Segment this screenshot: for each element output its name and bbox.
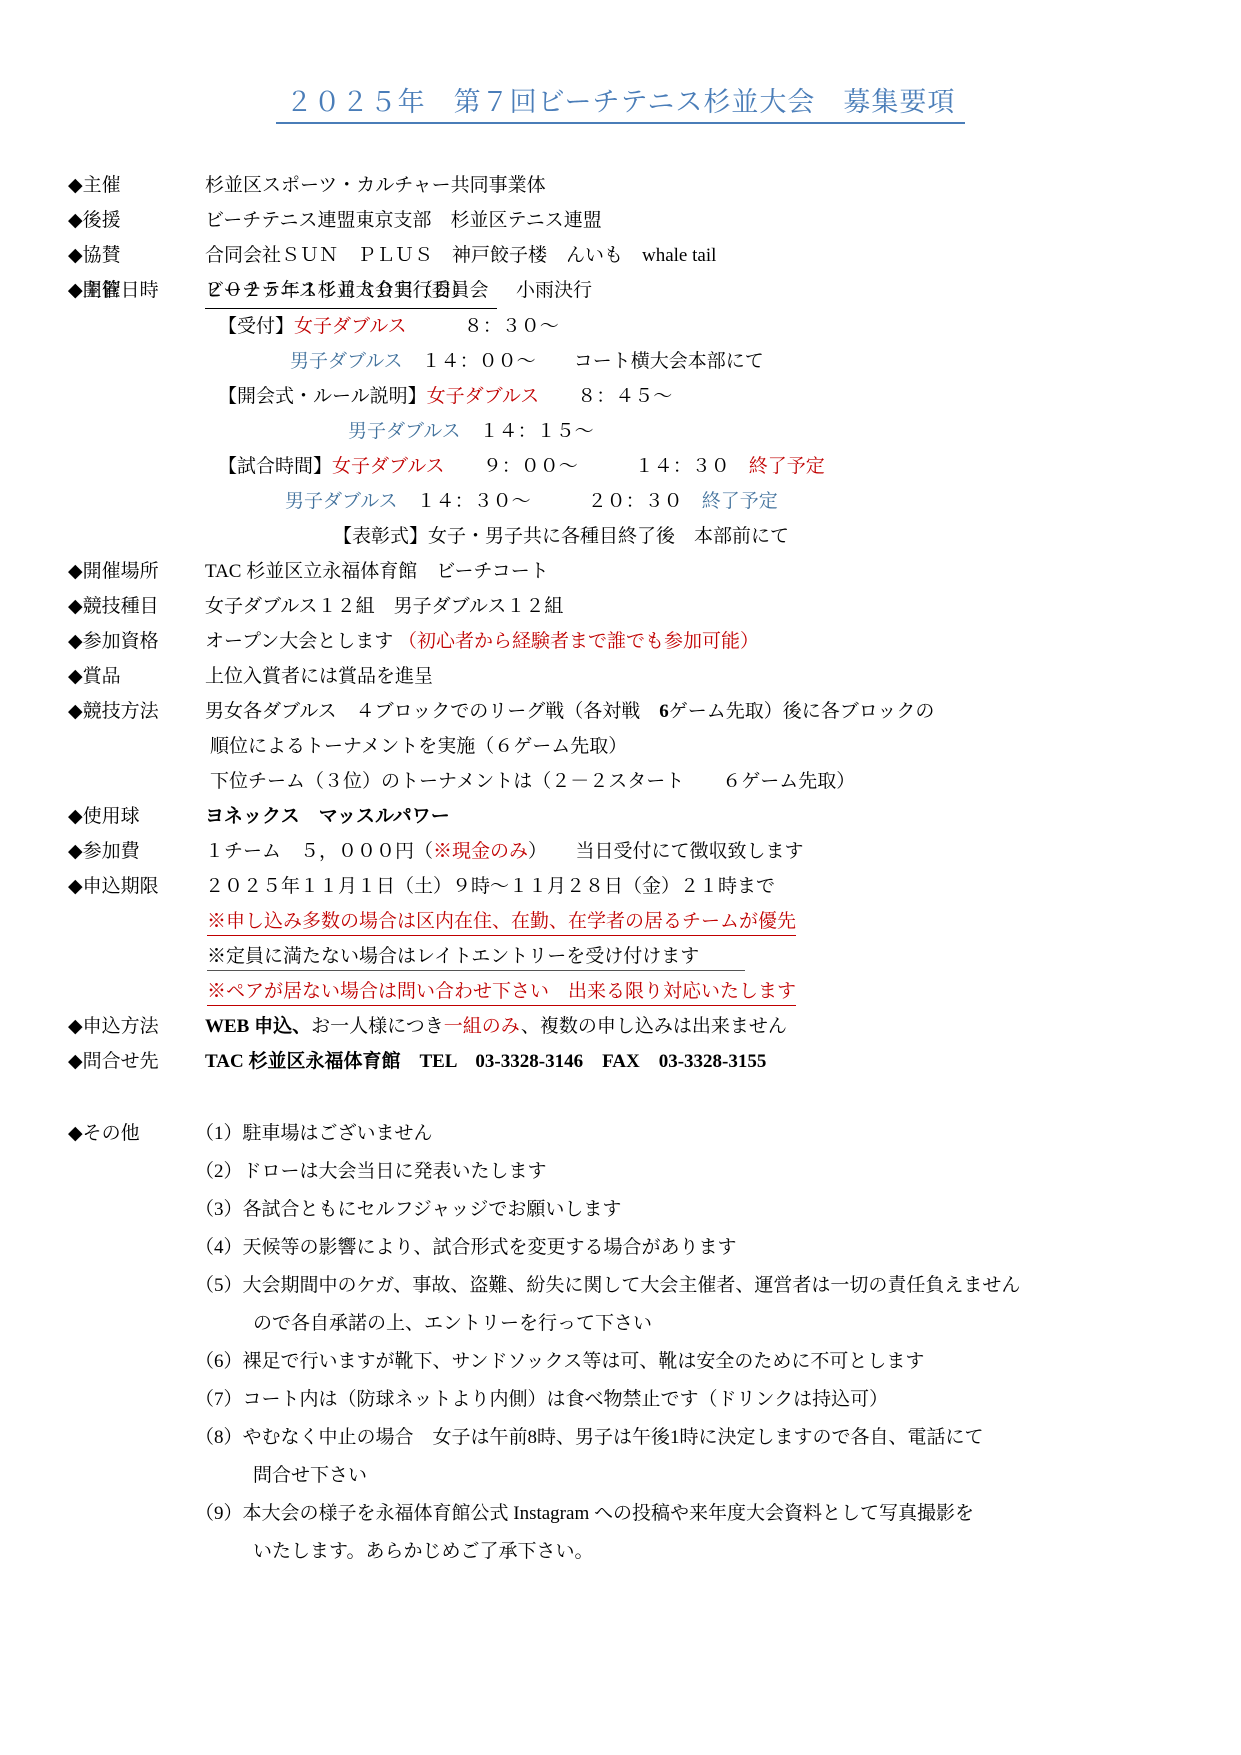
field-value-fee: １チーム ５，０００円（※現金のみ） 当日受付にて徴収致します	[205, 834, 1241, 869]
awards-text: 女子・男子共に各種目終了後 本部前にて	[428, 526, 789, 547]
field-label-apply: ◆申込方法	[68, 1009, 205, 1044]
schedule-opening-men: 男子ダブルス １４：１５～	[348, 414, 1241, 449]
deadline-note2-text: ※定員に満たない場合はレイトエントリーを受け付けます	[207, 944, 745, 971]
field-label-fee: ◆参加費	[68, 834, 205, 869]
match-men-label: 男子ダブルス	[285, 491, 398, 512]
field-label-support: ◆後援	[68, 203, 205, 238]
row-eligibility: ◆参加資格 オープン大会とします （初心者から経験者まで誰でも参加可能）	[68, 624, 1241, 659]
awards-bracket: 【表彰式】	[333, 526, 428, 547]
apply-limit: 一組のみ	[444, 1016, 521, 1037]
eligibility-note: （初心者から経験者まで誰でも参加可能）	[398, 631, 759, 652]
row-ball: ◆使用球 ヨネックス マッスルパワー	[68, 799, 1241, 834]
row-contact: ◆問合せ先 TAC 杉並区永福体育館 TEL 03-3328-3146 FAX …	[68, 1044, 1241, 1079]
format-line2: 順位によるトーナメントを実施（６ゲーム先取）	[210, 729, 1241, 764]
field-value-management-text: ビーチテニス杉並大会実行委員会	[205, 273, 488, 308]
title-area: ２０２５年 第７回ビーチテニス杉並大会 募集要項	[0, 0, 1241, 124]
row-prize: ◆賞品 上位入賞者には賞品を進呈	[68, 659, 1241, 694]
reception-women-label: 女子ダブルス	[294, 316, 407, 337]
field-label-prize: ◆賞品	[68, 659, 205, 694]
format-games-count: 6	[659, 701, 669, 722]
deadline-note3-text: ※ペアが居ない場合は問い合わせ下さい 出来る限り対応いたします	[207, 979, 796, 1006]
apply-mid: お一人様につき	[311, 1016, 444, 1037]
deadline-note-late-entry: ※定員に満たない場合はレイトエントリーを受け付けます	[207, 939, 1241, 974]
row-sponsor: ◆協賛 合同会社ＳＵＮ ＰＬＵＳ 神戸餃子楼 んいも whale tail	[68, 238, 1241, 273]
opening-men-label: 男子ダブルス	[348, 421, 461, 442]
reception-place: コート横大会本部にて	[574, 351, 764, 372]
field-label-deadline: ◆申込期限	[68, 869, 205, 904]
field-value-contact: TAC 杉並区永福体育館 TEL 03-3328-3146 FAX 03-332…	[205, 1044, 1241, 1079]
field-value-venue: TAC 杉並区立永福体育館 ビーチコート	[205, 554, 1241, 589]
document-page: ２０２５年 第７回ビーチテニス杉並大会 募集要項 ◆主催 杉並区スポーツ・カルチ…	[0, 0, 1241, 1755]
document-body: ◆主催 杉並区スポーツ・カルチャー共同事業体 ◆後援 ビーチテニス連盟東京支部 …	[68, 168, 1241, 1571]
other-item-9-cont: いたします。あらかじめご了承下さい。	[253, 1533, 1241, 1571]
field-value-deadline: ２０２５年１１月１日（土）９時～１１月２８日（金）２１時まで	[205, 869, 1241, 904]
reception-men-time: １４：００～	[403, 351, 574, 372]
row-events: ◆競技種目 女子ダブルス１２組 男子ダブルス１２組	[68, 589, 1241, 624]
document-title: ２０２５年 第７回ビーチテニス杉並大会 募集要項	[276, 80, 966, 124]
other-item-2: （2）ドローは大会当日に発表いたします	[195, 1153, 1241, 1191]
section-other: ◆その他 （1）駐車場はございません （2）ドローは大会当日に発表いたします （…	[68, 1115, 1241, 1571]
schedule-awards: 【表彰式】女子・男子共に各種目終了後 本部前にて	[333, 519, 1241, 554]
deadline-note1-text: ※申し込み多数の場合は区内在住、在勤、在学者の居るチームが優先	[207, 909, 796, 936]
match-men-end: 終了予定	[702, 491, 778, 512]
fee-cash-note: ※現金のみ	[433, 841, 528, 862]
weather-note: 小雨決行	[497, 280, 592, 301]
row-apply: ◆申込方法 WEB 申込、お一人様につき一組のみ、複数の申し込みは出来ません	[68, 1009, 1241, 1044]
opening-women-time: ８：４５～	[539, 386, 672, 407]
field-label-format: ◆競技方法	[68, 694, 205, 729]
schedule-opening-women: 【開会式・ルール説明】女子ダブルス ８：４５～	[218, 379, 1241, 414]
opening-bracket: 【開会式・ルール説明】	[218, 386, 427, 407]
field-value-eligibility: オープン大会とします （初心者から経験者まで誰でも参加可能）	[205, 624, 1241, 659]
other-item-1: （1）駐車場はございません	[195, 1115, 1241, 1153]
other-item-5: （5）大会期間中のケガ、事故、盗難、紛失に関して大会主催者、運営者は一切の責任負…	[195, 1267, 1241, 1305]
row-support: ◆後援 ビーチテニス連盟東京支部 杉並区テニス連盟	[68, 203, 1241, 238]
match-women-time: ９：００～ １４：３０	[445, 456, 749, 477]
reception-men-label: 男子ダブルス	[290, 351, 403, 372]
other-item-7: （7）コート内は（防球ネットより内側）は食べ物禁止です（ドリンクは持込可）	[195, 1381, 1241, 1419]
field-value-organizer: 杉並区スポーツ・カルチャー共同事業体	[205, 168, 1241, 203]
schedule-reception-men: 男子ダブルス １４：００～ コート横大会本部にて	[290, 344, 1241, 379]
other-items: （1）駐車場はございません （2）ドローは大会当日に発表いたします （3）各試合…	[195, 1115, 1241, 1571]
field-label-ball: ◆使用球	[68, 799, 205, 834]
apply-web: WEB 申込、	[205, 1016, 311, 1037]
eligibility-text: オープン大会とします	[205, 631, 398, 652]
other-item-3: （3）各試合ともにセルフジャッジでお願いします	[195, 1191, 1241, 1229]
field-label-events: ◆競技種目	[68, 589, 205, 624]
other-item-8: （8）やむなく中止の場合 女子は午前8時、男子は午後1時に決定しますので各自、電…	[195, 1419, 1241, 1457]
schedule-match-men: 男子ダブルス １４：３０～ ２０：３０ 終了予定	[285, 484, 1241, 519]
field-value-events: 女子ダブルス１２組 男子ダブルス１２組	[205, 589, 1241, 624]
match-bracket: 【試合時間】	[218, 456, 332, 477]
field-value-support: ビーチテニス連盟東京支部 杉並区テニス連盟	[205, 203, 1241, 238]
opening-women-label: 女子ダブルス	[427, 386, 540, 407]
row-fee: ◆参加費 １チーム ５，０００円（※現金のみ） 当日受付にて徴収致します	[68, 834, 1241, 869]
row-deadline: ◆申込期限 ２０２５年１１月１日（土）９時～１１月２８日（金）２１時まで	[68, 869, 1241, 904]
other-item-8-cont: 問合せ下さい	[253, 1457, 1241, 1495]
field-value-ball: ヨネックス マッスルパワー	[205, 799, 1241, 834]
match-men-time: １４：３０～ ２０：３０	[398, 491, 702, 512]
field-value-format: 男女各ダブルス ４ブロックでのリーグ戦（各対戦 6ゲーム先取）後に各ブロックの	[205, 694, 1241, 729]
reception-women-time: ８：３０～	[407, 316, 559, 337]
field-label-other: ◆その他	[68, 1115, 195, 1571]
deadline-note-priority: ※申し込み多数の場合は区内在住、在勤、在学者の居るチームが優先	[207, 904, 1241, 939]
other-item-5-cont: ので各自承諾の上、エントリーを行って下さい	[253, 1305, 1241, 1343]
field-label-organizer: ◆主催	[68, 168, 205, 203]
row-venue: ◆開催場所 TAC 杉並区立永福体育館 ビーチコート	[68, 554, 1241, 589]
format-line1-pre: 男女各ダブルス ４ブロックでのリーグ戦（各対戦	[205, 701, 659, 722]
schedule-match-women: 【試合時間】女子ダブルス ９：００～ １４：３０ 終了予定	[218, 449, 1241, 484]
other-item-6: （6）裸足で行いますが靴下、サンドソックス等は可、靴は安全のために不可とします	[195, 1343, 1241, 1381]
opening-men-time: １４：１５～	[461, 421, 594, 442]
format-line3: 下位チーム（３位）のトーナメントは（２－２スタート ６ゲーム先取）	[210, 764, 1241, 799]
field-label-datetime: ◆開催日時	[68, 273, 205, 309]
apply-rest: 、複数の申し込みは出来ません	[521, 1016, 787, 1037]
row-format: ◆競技方法 男女各ダブルス ４ブロックでのリーグ戦（各対戦 6ゲーム先取）後に各…	[68, 694, 1241, 729]
match-women-end: 終了予定	[749, 456, 825, 477]
schedule-reception-women: 【受付】女子ダブルス ８：３０～	[218, 309, 1241, 344]
field-value-sponsor: 合同会社ＳＵＮ ＰＬＵＳ 神戸餃子楼 んいも whale tail	[205, 238, 1241, 273]
format-line1-post: ゲーム先取）後に各ブロックの	[669, 701, 935, 722]
field-label-eligibility: ◆参加資格	[68, 624, 205, 659]
field-label-contact: ◆問合せ先	[68, 1044, 205, 1079]
field-label-venue: ◆開催場所	[68, 554, 205, 589]
fee-collection: ） 当日受付にて徴収致します	[528, 841, 804, 862]
match-women-label: 女子ダブルス	[332, 456, 445, 477]
field-value-prize: 上位入賞者には賞品を進呈	[205, 659, 1241, 694]
other-item-9: （9）本大会の様子を永福体育館公式 Instagram への投稿や来年度大会資料…	[195, 1495, 1241, 1533]
row-organizer: ◆主催 杉並区スポーツ・カルチャー共同事業体	[68, 168, 1241, 203]
field-label-sponsor: ◆協賛	[68, 238, 205, 273]
deadline-note-pairing: ※ペアが居ない場合は問い合わせ下さい 出来る限り対応いたします	[207, 974, 1241, 1009]
field-value-apply: WEB 申込、お一人様につき一組のみ、複数の申し込みは出来ません	[205, 1009, 1241, 1044]
reception-bracket: 【受付】	[218, 316, 294, 337]
other-item-4: （4）天候等の影響により、試合形式を変更する場合があります	[195, 1229, 1241, 1267]
fee-amount: １チーム ５，０００円（	[205, 841, 433, 862]
